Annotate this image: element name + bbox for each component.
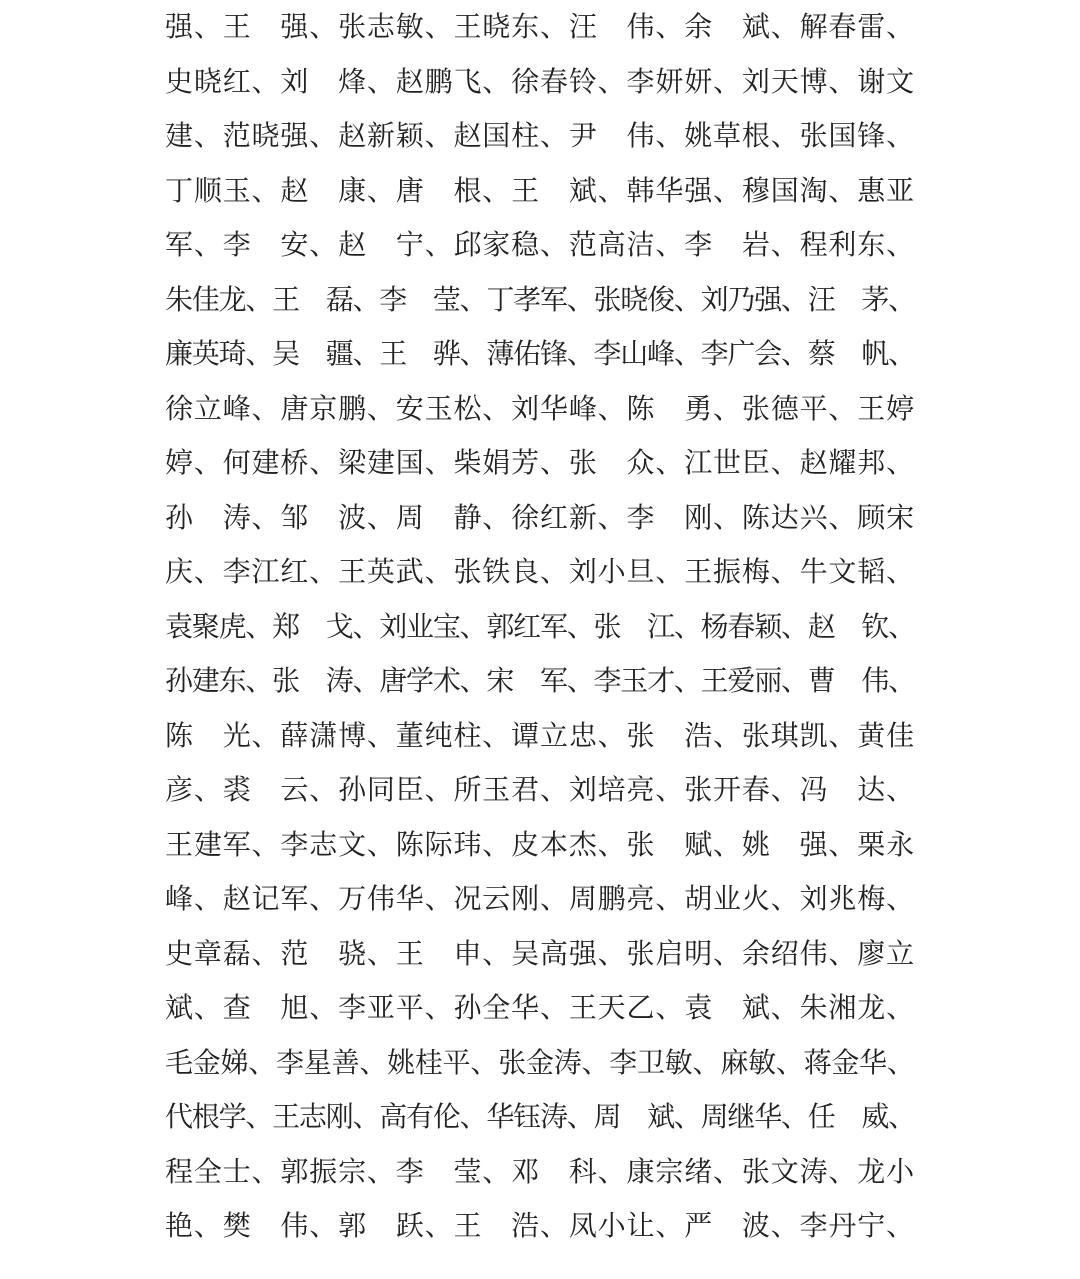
text-line: 建、范晓强、赵新颖、赵国柱、尹 伟、姚草根、张国锋、 — [165, 109, 915, 163]
text-line: 毛金娣、李星善、姚桂平、张金涛、李卫敏、麻敏、蒋金华、 — [165, 1036, 915, 1090]
text-line: 史章磊、范 骁、王 申、吴高强、张启明、余绍伟、廖立 — [165, 927, 915, 981]
text-line: 艳、樊 伟、郭 跃、王 浩、凤小让、严 波、李丹宁、 — [165, 1199, 915, 1253]
text-line: 庆、李江红、王英武、张铁良、刘小旦、王振梅、牛文韬、 — [165, 545, 915, 599]
text-line: 王建军、李志文、陈际玮、皮本杰、张 赋、姚 强、栗永 — [165, 818, 915, 872]
text-line: 史晓红、刘 烽、赵鹏飞、徐春铃、李妍妍、刘天博、谢文 — [165, 55, 915, 109]
text-line: 婷、何建桥、梁建国、柴娟芳、张 众、江世臣、赵耀邦、 — [165, 436, 915, 490]
text-line: 丁顺玉、赵 康、唐 根、王 斌、韩华强、穆国淘、惠亚 — [165, 164, 915, 218]
text-line: 彦、裘 云、孙同臣、所玉君、刘培亮、张开春、冯 达、 — [165, 763, 915, 817]
text-line: 代根学、王志刚、高有伦、华钰涛、周 斌、周继华、任 威、 — [165, 1090, 915, 1144]
text-line: 军、李 安、赵 宁、邱家稳、范高洁、李 岩、程利东、 — [165, 218, 915, 272]
text-line: 斌、查 旭、李亚平、孙全华、王天乙、袁 斌、朱湘龙、 — [165, 981, 915, 1035]
text-line: 袁聚虎、郑 戈、刘业宝、郭红军、张 江、杨春颖、赵 钦、 — [165, 600, 915, 654]
text-line: 徐立峰、唐京鹏、安玉松、刘华峰、陈 勇、张德平、王婷 — [165, 382, 915, 436]
text-line: 廉英琦、吴 疆、王 骅、薄佑锋、李山峰、李广会、蔡 帆、 — [165, 327, 915, 381]
text-line: 孙建东、张 涛、唐学术、宋 军、李玉才、王爱丽、曹 伟、 — [165, 654, 915, 708]
text-line: 朱佳龙、王 磊、李 莹、丁孝军、张晓俊、刘乃强、汪 茅、 — [165, 273, 915, 327]
text-line: 强、王 强、张志敏、王晓东、汪 伟、余 斌、解春雷、 — [165, 0, 915, 54]
text-line: 程全士、郭振宗、李 莹、邓 科、康宗绪、张文涛、龙小 — [165, 1145, 915, 1199]
text-line: 孙 涛、邹 波、周 静、徐红新、李 刚、陈达兴、顾宋 — [165, 491, 915, 545]
text-line: 陈 光、薛潇博、董纯柱、谭立忠、张 浩、张琪凯、黄佳 — [165, 709, 915, 763]
text-line: 峰、赵记军、万伟华、况云刚、周鹏亮、胡业火、刘兆梅、 — [165, 872, 915, 926]
